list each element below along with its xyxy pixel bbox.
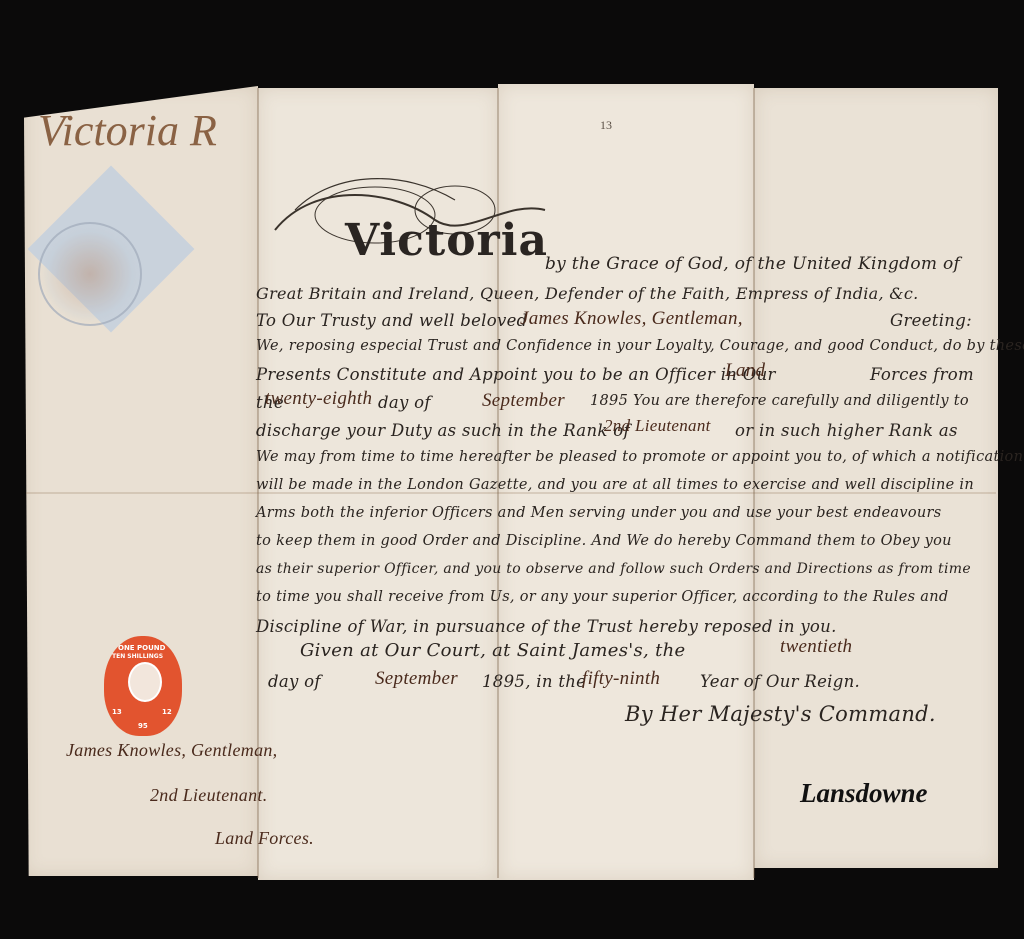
body-line-4: We, reposing especial Trust and Confiden… [256, 338, 1024, 354]
stamp-bottom-number: 95 [138, 722, 148, 730]
stamp-right-number: 12 [162, 708, 172, 716]
given-day: twentieth [780, 636, 852, 658]
stamp-top-text: ONE POUND [118, 644, 165, 652]
sovereign-signature: Victoria R [38, 105, 217, 156]
recipient-name: James Knowles, Gentleman, [520, 308, 743, 330]
page-number: 13 [600, 118, 612, 133]
revenue-stamp: ONE POUND TEN SHILLINGS 13 12 95 [104, 636, 182, 736]
service-branch: Land [725, 360, 765, 382]
body-line-6-dayof: day of [378, 393, 431, 412]
given-dayof: day of [268, 672, 321, 691]
given-year: 1895, in the [482, 672, 586, 691]
countersignature: Lansdowne [800, 778, 928, 809]
given-month: September [375, 668, 458, 690]
body-line-10: Arms both the inferior Officers and Men … [256, 505, 942, 521]
body-line-2: Great Britain and Ireland, Queen, Defend… [256, 284, 918, 303]
body-line-11: to keep them in good Order and Disciplin… [256, 533, 952, 549]
endorsement-service: Land Forces. [215, 828, 314, 849]
body-line-12: as their superior Officer, and you to ob… [256, 561, 971, 577]
commission-day: twenty-eighth [265, 388, 372, 410]
regnal-year: fifty-ninth [582, 668, 660, 690]
stamp-inner-text: TEN SHILLINGS [112, 653, 163, 660]
body-line-8: We may from time to time hereafter be pl… [256, 449, 1023, 465]
endorsement-name: James Knowles, Gentleman, [66, 740, 277, 761]
endorsement-rank: 2nd Lieutenant. [150, 785, 268, 806]
body-line-13: to time you shall receive from Us, or an… [256, 589, 948, 605]
given-line-printed: Given at Our Court, at Saint James's, th… [300, 640, 685, 661]
commission-month: September [482, 390, 565, 412]
given-line-end: Year of Our Reign. [700, 672, 860, 691]
body-line-9: will be made in the London Gazette, and … [256, 477, 974, 493]
body-line-1: by the Grace of God, of the United Kingd… [545, 254, 960, 274]
body-line-5-printed: Presents Constitute and Appoint you to b… [256, 365, 776, 384]
commission-document: 13 Victoria R Victoria by the Grace of G… [0, 0, 1024, 939]
body-line-7-end: or in such higher Rank as [735, 421, 958, 440]
greeting: Greeting: [890, 311, 972, 330]
body-line-6-end: 1895 You are therefore carefully and dil… [590, 393, 969, 409]
commission-rank: 2nd Lieutenant [604, 416, 711, 436]
stamp-left-number: 13 [112, 708, 122, 716]
body-line-14: Discipline of War, in pursuance of the T… [256, 617, 837, 636]
body-line-3-printed: To Our Trusty and well beloved [256, 311, 528, 330]
body-line-7-printed: discharge your Duty as such in the Rank … [256, 421, 630, 440]
document-title: Victoria [345, 215, 548, 266]
body-line-5-end: Forces from [870, 365, 974, 384]
wafer-seal-icon [38, 222, 142, 326]
queen-profile-icon [128, 662, 162, 702]
command-line: By Her Majesty's Command. [625, 702, 936, 726]
